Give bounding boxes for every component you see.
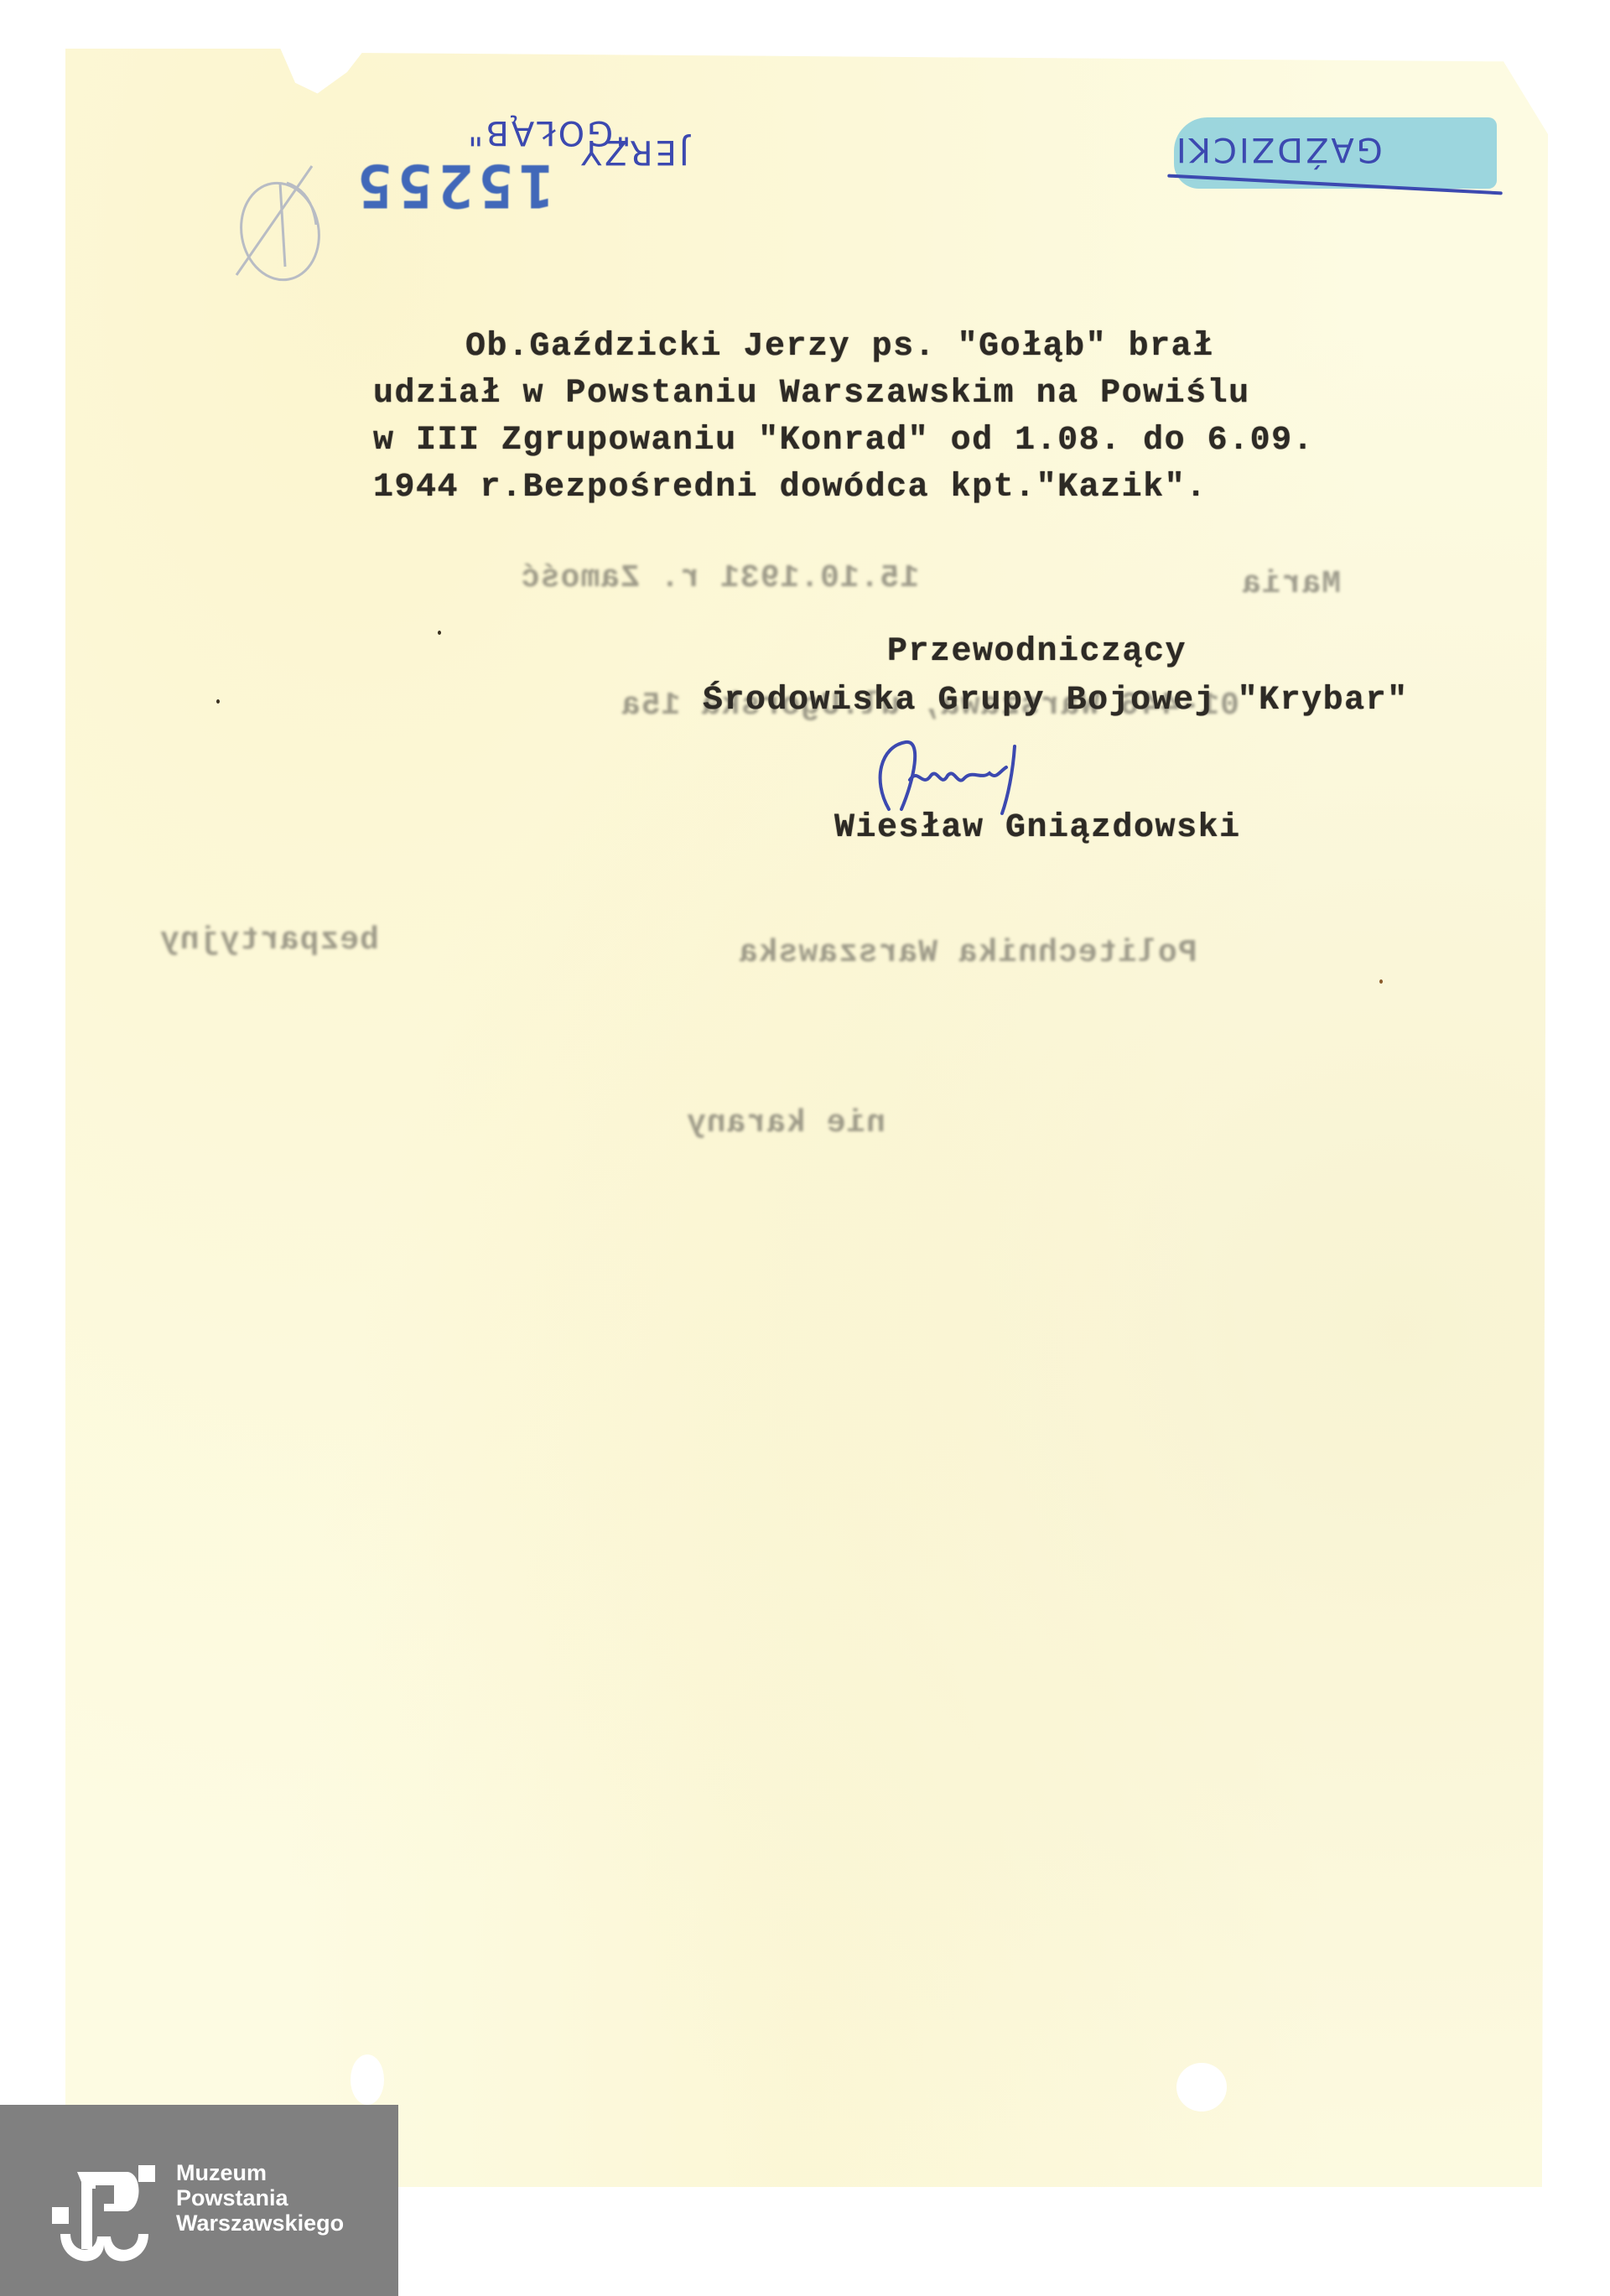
punch-hole-left <box>351 2054 384 2105</box>
ghost-school: Politechnika Warszawska <box>738 935 1197 971</box>
handwritten-first-name: JERZY <box>579 132 689 171</box>
kotwica-anchor-icon <box>52 2165 157 2270</box>
ink-speck <box>216 699 220 704</box>
ghost-party: bezpartyjny <box>159 922 379 958</box>
signature-title-line-2: Środowiska Grupy Bojowej "Krybar" <box>703 679 1409 723</box>
ink-speck <box>438 631 441 635</box>
body-line-3: w III Zgrupowaniu "Konrad" od 1.08. do 6… <box>373 419 1314 463</box>
ghost-name-field: Maria <box>1241 566 1341 602</box>
ghost-record: nie karany <box>686 1105 885 1141</box>
museum-name: Muzeum Powstania Warszawskiego <box>176 2160 344 2236</box>
punch-hole-right <box>1176 2063 1227 2112</box>
museum-name-line-1: Muzeum <box>176 2160 344 2185</box>
ink-speck <box>1379 979 1383 984</box>
museum-name-line-2: Powstania <box>176 2185 344 2210</box>
museum-watermark: Muzeum Powstania Warszawskiego <box>0 2105 398 2296</box>
pencil-check-mark-icon <box>220 149 337 292</box>
signature-name: Wiesław Gniązdowski <box>834 807 1241 850</box>
museum-name-line-3: Warszawskiego <box>176 2210 344 2236</box>
body-line-2: udział w Powstaniu Warszawskim na Powiśl… <box>373 372 1250 416</box>
body-line-1: Ob.Gaździcki Jerzy ps. "Gołąb" brał <box>465 325 1214 369</box>
body-line-4: 1944 r.Bezpośredni dowódca kpt."Kazik". <box>373 466 1207 510</box>
signature-title-line-1: Przewodniczący <box>887 631 1187 674</box>
ghost-birth: 15.10.1931 r. Zamość <box>520 560 919 596</box>
handwritten-surname: GAŹDZICKI <box>1174 130 1383 169</box>
archive-number-stamp: 15255 <box>352 151 554 220</box>
